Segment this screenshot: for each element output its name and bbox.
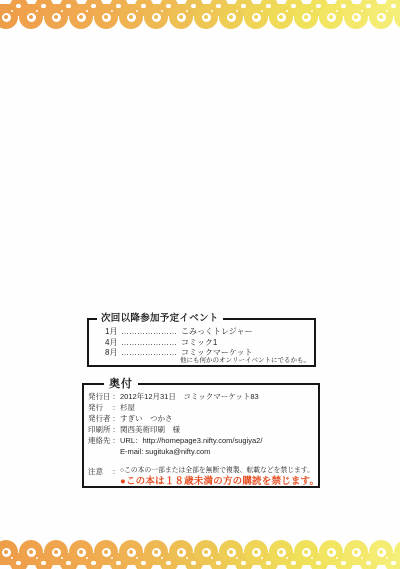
colophon-label: 印刷所 [88,424,112,435]
colophon-separator: ： [112,435,120,446]
colophon-label: 発行 [88,402,112,413]
publish-date: 2012年12月31日 コミックマーケット83 [120,391,259,402]
colophon-separator: ： [112,413,120,424]
upcoming-events-box: 次回以降参加予定イベント 1月 ………………… こみっくトレジャー 4月 ………… [87,318,316,367]
events-note: 他にも何かのオンリーイベントにでるかも。 [180,355,310,364]
colophon-separator: ： [112,391,120,402]
copyright-notice: ○この本の一部または全部を無断で複製、転載などを禁じます。 [120,466,319,475]
notice-separator: ： [112,466,120,477]
dotted-leader: ………………… [121,348,181,359]
printer-name: 関西美術印刷 様 [120,424,180,435]
event-row: 4月 ………………… コミック1 [105,338,310,349]
colophon-separator: ： [112,402,120,413]
decorative-border-bottom [0,539,400,569]
event-month: 8月 [105,348,121,359]
colophon-row: 連絡先 ： URL：http://homepage3.nifty.com/sug… [88,435,316,446]
colophon-row: 発行者 ： すぎい つかさ [88,413,316,424]
decorative-border-top [0,0,400,30]
events-box-title: 次回以降参加予定イベント [97,312,223,326]
dotted-leader: ………………… [121,327,181,338]
contact-url: URL：http://homepage3.nifty.com/sugiya2/ [120,435,262,446]
colophon-row: E-mail: sugituka@nifty.com [88,446,316,457]
author-name: すぎい つかさ [120,413,173,424]
circle-name: 杉屋 [120,402,135,413]
event-month: 4月 [105,338,121,349]
scanned-colophon-page: 次回以降参加予定イベント 1月 ………………… こみっくトレジャー 4月 ………… [0,0,400,569]
event-name: コミック1 [181,338,217,349]
notice-row: 注意 ： ○この本の一部または全部を無断で複製、転載などを禁じます。 ●この本は… [88,466,316,487]
colophon-separator: ： [112,424,120,435]
colophon-label: 連絡先 [88,435,112,446]
dotted-leader: ………………… [121,338,181,349]
colophon-title: 奥付 [104,377,138,391]
event-name: こみっくトレジャー [181,327,253,338]
colophon-separator [112,446,120,457]
notice-lines: ○この本の一部または全部を無断で複製、転載などを禁じます。 ●この本は１８歳未満… [120,466,319,487]
warning-text: ●この本は１８歳未満の方の購読を禁じます。 [120,476,319,487]
contact-email: E-mail: sugituka@nifty.com [120,446,210,457]
notice-label: 注意 [88,466,112,477]
event-row: 1月 ………………… こみっくトレジャー [105,327,310,338]
colophon-label [88,446,112,457]
colophon-label: 発行日 [88,391,112,402]
colophon-row: 印刷所 ： 関西美術印刷 様 [88,424,316,435]
colophon-row: 発行日 ： 2012年12月31日 コミックマーケット83 [88,391,316,402]
event-month: 1月 [105,327,121,338]
colophon-row: 発行 ： 杉屋 [88,402,316,413]
colophon-box: 奥付 発行日 ： 2012年12月31日 コミックマーケット83 発行 ： 杉屋… [82,383,320,488]
colophon-label: 発行者 [88,413,112,424]
